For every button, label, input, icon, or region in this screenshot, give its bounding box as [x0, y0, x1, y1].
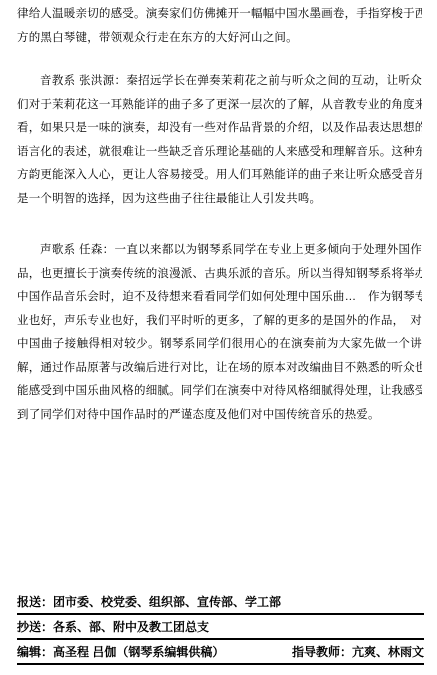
copy-to-line: 抄送：各系、部、附中及教工团总支	[17, 619, 424, 640]
text-line: 看，如果只是一味的演奏，却没有一些对作品背景的介绍，以及作品表达思想的	[17, 117, 422, 141]
paragraph: 音教系 张洪源：秦招远学长在弹奏茉莉花之前与听众之间的互动，让听众 们对于茉莉花…	[17, 70, 422, 211]
text-line: 中国曲子接触得相对较少。钢琴系同学们很用心的在演奏前为大家先做一个讲	[17, 333, 422, 357]
text-line: 方韵更能深入人心，更让人容易接受。用人们耳熟能详的曲子来让听众感受音乐	[17, 164, 422, 188]
advisor-text: 指导教师：亢爽、林雨文	[292, 644, 424, 660]
text-line: 声歌系 任森：一直以来都以为钢琴系同学在专业上更多倾向于处理外国作	[17, 239, 422, 263]
text-line: 到了同学们对待中国作品时的严谨态度及他们对中国传统音乐的热爱。	[17, 404, 422, 428]
document-page: { "colors": { "background": "#ffffff", "…	[0, 0, 437, 675]
text-line: 能感受到中国乐曲风格的细腻。同学们在演奏中对待风格细腻得处理，让我感受	[17, 380, 422, 404]
text-line: 解，通过作品原著与改编后进行对比，让在场的原本对改编曲目不熟悉的听众也	[17, 357, 422, 381]
text-line: 律给人温暖亲切的感受。演奏家们仿佛摊开一幅幅中国水墨画卷，手指穿梭于西	[17, 3, 422, 27]
copy-to-text: 抄送：各系、部、附中及教工团总支	[17, 620, 209, 634]
footer: 报送：团市委、校党委、组织部、宣传部、学工部 抄送：各系、部、附中及教工团总支 …	[17, 590, 424, 665]
text-line: 品，也更擅长于演奏传统的浪漫派、古典乐派的音乐。所以当得知钢琴系将举办	[17, 263, 422, 287]
report-to-text: 报送：团市委、校党委、组织部、宣传部、学工部	[17, 595, 281, 609]
text-line: 是一个明智的选择，因为这些曲子往往最能让人引发共鸣。	[17, 188, 422, 212]
body-text: 律给人温暖亲切的感受。演奏家们仿佛摊开一幅幅中国水墨画卷，手指穿梭于西 方的黑白…	[17, 3, 422, 447]
text-line: 语言化的表述，就很难让一些缺乏音乐理论基础的人来感受和理解音乐。这种东	[17, 141, 422, 165]
paragraph: 律给人温暖亲切的感受。演奏家们仿佛摊开一幅幅中国水墨画卷，手指穿梭于西 方的黑白…	[17, 3, 422, 50]
text-line: 们对于茉莉花这一耳熟能详的曲子多了更深一层次的了解，从音教专业的角度来	[17, 94, 422, 118]
editor-advisor-line: 编辑：高圣程 吕伽（钢琴系编辑供稿） 指导教师：亢爽、林雨文	[17, 644, 424, 665]
text-line: 方的黑白琴键，带领观众行走在东方的大好河山之间。	[17, 27, 422, 51]
text-line: 音教系 张洪源：秦招远学长在弹奏茉莉花之前与听众之间的互动，让听众	[17, 70, 422, 94]
editor-text: 编辑：高圣程 吕伽（钢琴系编辑供稿）	[17, 644, 224, 660]
text-line: 中国作品音乐会时，迫不及待想来看看同学们如何处理中国乐曲… 作为钢琴专	[17, 286, 422, 310]
paragraph: 声歌系 任森：一直以来都以为钢琴系同学在专业上更多倾向于处理外国作 品，也更擅长…	[17, 239, 422, 427]
report-to-line: 报送：团市委、校党委、组织部、宣传部、学工部	[17, 594, 424, 615]
text-line: 业也好，声乐专业也好，我们平时听的更多，了解的更多的是国外的作品， 对	[17, 310, 422, 334]
